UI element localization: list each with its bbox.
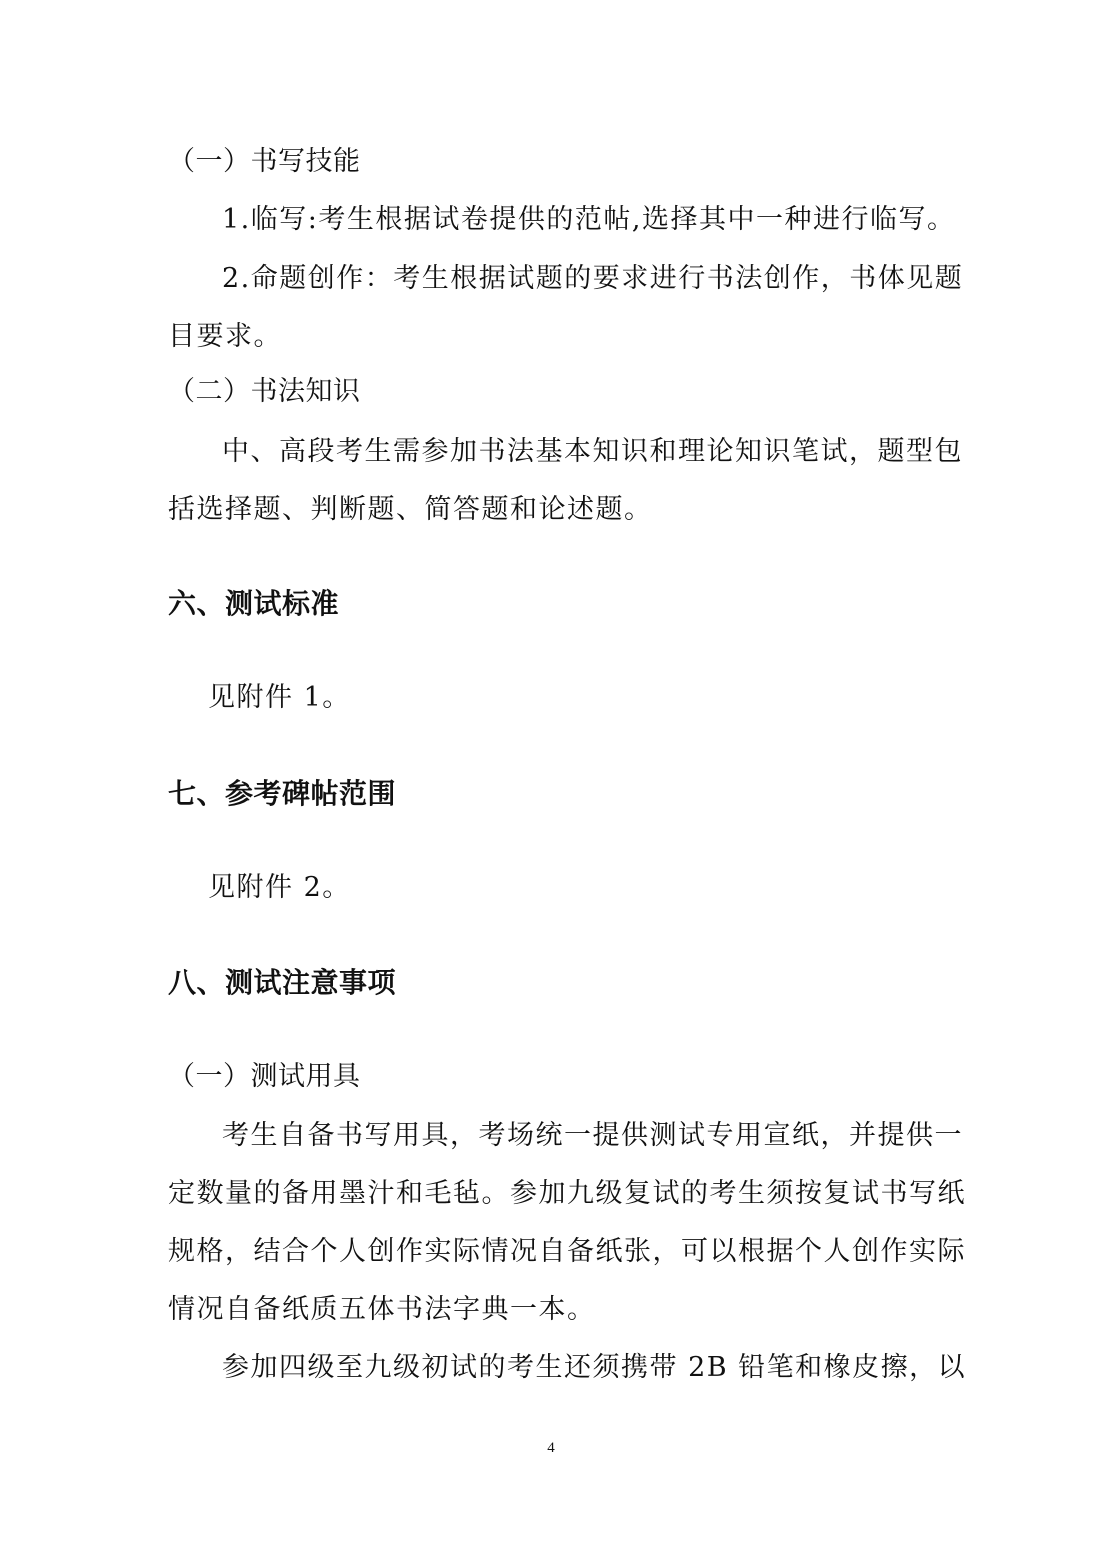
section-heading-reference-scope: 七、参考碑帖范围 (168, 776, 396, 812)
paragraph-tools-3: 规格，结合个人创作实际情况自备纸张，可以根据个人创作实际 (168, 1234, 966, 1270)
paragraph-copying: 1.临写:考生根据试卷提供的范帖,选择其中一种进行临写。 (222, 202, 955, 238)
page-number: 4 (0, 1440, 1102, 1457)
sub-heading-writing-skills: （一）书写技能 (168, 144, 361, 180)
paragraph-see-attachment-2: 见附件 2。 (208, 870, 351, 906)
paragraph-see-attachment-1: 见附件 1。 (208, 680, 351, 716)
paragraph-knowledge-exam: 中、高段考生需参加书法基本知识和理论知识笔试，题型包 (222, 434, 963, 470)
sub-heading-calligraphy-knowledge: （二）书法知识 (168, 374, 361, 410)
paragraph-creation-continued: 目要求。 (168, 319, 282, 355)
sub-heading-test-tools: （一）测试用具 (168, 1059, 361, 1095)
paragraph-tools-2: 定数量的备用墨汁和毛毡。参加九级复试的考生须按复试书写纸 (168, 1176, 966, 1212)
paragraph-tools-1: 考生自备书写用具，考场统一提供测试专用宣纸，并提供一 (222, 1118, 963, 1154)
paragraph-knowledge-exam-continued: 括选择题、判断题、简答题和论述题。 (168, 492, 653, 528)
section-heading-test-notes: 八、测试注意事项 (168, 965, 396, 1001)
paragraph-tools-4: 情况自备纸质五体书法字典一本。 (168, 1292, 596, 1328)
paragraph-pencil-requirement: 参加四级至九级初试的考生还须携带 2B 铅笔和橡皮擦，以 (222, 1350, 966, 1386)
paragraph-creation: 2.命题创作：考生根据试题的要求进行书法创作，书体见题 (222, 261, 963, 297)
section-heading-test-standards: 六、测试标准 (168, 586, 339, 622)
